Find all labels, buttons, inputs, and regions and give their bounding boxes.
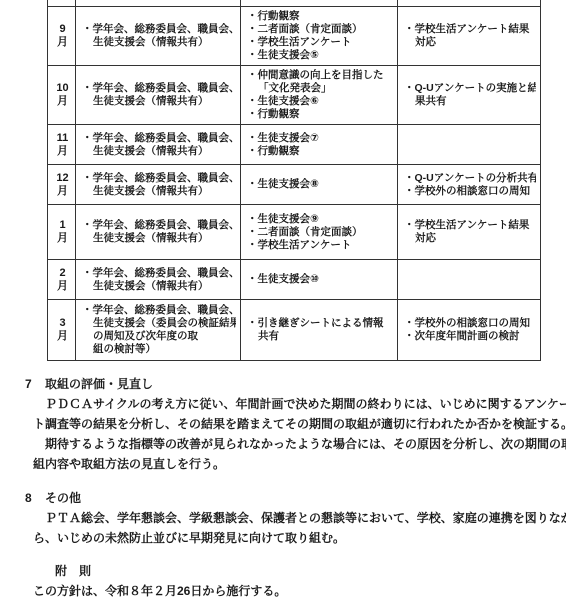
- month-number: 9: [54, 23, 71, 36]
- activities-cell: ・仲間意識の向上を目指した「文化発表会」・生徒支援会⑥・行動観察: [241, 66, 398, 125]
- cell-line: ・学年会、総務委員会、職員会、: [82, 172, 236, 185]
- cell-line: 生徒支援会（委員会の検証結果: [82, 317, 236, 330]
- cell-line: ・生徒支援会⑥: [247, 95, 393, 108]
- month-cell: 10月: [48, 66, 76, 125]
- responses-cell: ・学校外の相談窓口の周知・次年度年間計画の検討: [398, 300, 541, 361]
- month-number: 2: [54, 267, 71, 280]
- month-unit: 月: [54, 330, 71, 343]
- responses-cell: ・Q-Uアンケートの実施と結果共有: [398, 66, 541, 125]
- month-number: 10: [54, 82, 71, 95]
- cell-line: 対応: [404, 36, 536, 49]
- month-cell: 1月: [48, 205, 76, 260]
- responses-cell: [398, 260, 541, 300]
- activities-cell: ・生徒支援会⑨・二者面談（肯定面談）・学校生活アンケート: [241, 205, 398, 260]
- organizations-cell: ・学年会、総務委員会、職員会、生徒支援会（情報共有）: [76, 7, 241, 66]
- cell-line: の周知及び次年度の取: [82, 330, 236, 343]
- table-row: 2月・学年会、総務委員会、職員会、生徒支援会（情報共有）・生徒支援会⑩: [48, 260, 541, 300]
- cell-line: 生徒支援会（情報共有）: [82, 232, 236, 245]
- month-number: 11: [54, 132, 71, 145]
- section-number: 8: [25, 488, 45, 508]
- table-row: 9月・学年会、総務委員会、職員会、生徒支援会（情報共有）・行動観察・二者面談（肯…: [48, 7, 541, 66]
- month-cell: 2月: [48, 260, 76, 300]
- cell-line: ・Q-Uアンケートの分析共有: [404, 172, 536, 185]
- cell-line: ・学校外の相談窓口の周知: [404, 317, 536, 330]
- month-number: 12: [54, 172, 71, 185]
- month-unit: 月: [54, 232, 71, 245]
- cell-line: ・学校外の相談窓口の周知: [404, 185, 536, 198]
- responses-cell: [398, 125, 541, 165]
- paragraph-line: ト調査等の結果を分析し、その結果を踏まえてその期間の取組が適切に行われたか否かを…: [33, 414, 566, 434]
- cell-line: ・二者面談（肯定面談）: [247, 23, 393, 36]
- responses-cell: ・Q-Uアンケートの分析共有・学校外の相談窓口の周知: [398, 165, 541, 205]
- annual-schedule-table: 9月・学年会、総務委員会、職員会、生徒支援会（情報共有）・行動観察・二者面談（肯…: [47, 0, 541, 361]
- cell-line: ・次年度年間計画の検討: [404, 330, 536, 343]
- table-row: 10月・学年会、総務委員会、職員会、生徒支援会（情報共有）・仲間意識の向上を目指…: [48, 66, 541, 125]
- month-cell: 11月: [48, 125, 76, 165]
- cell-line: 生徒支援会（情報共有）: [82, 280, 236, 293]
- cell-line: ・行動観察: [247, 145, 393, 158]
- month-unit: 月: [54, 280, 71, 293]
- attached-rules-heading: 附 則: [55, 561, 566, 581]
- responses-cell: ・学校生活アンケート結果対応: [398, 205, 541, 260]
- document-body: 7取組の評価・見直しＰＤＣＡサイクルの考え方に従い、年間計画で決めた期間の終わり…: [0, 374, 566, 601]
- section-title: その他: [45, 491, 81, 505]
- cell-line: ・学年会、総務委員会、職員会、: [82, 304, 236, 317]
- cell-line: 共有: [247, 330, 393, 343]
- month-unit: 月: [54, 36, 71, 49]
- cell-line: ・学年会、総務委員会、職員会、: [82, 82, 236, 95]
- month-cell: 3月: [48, 300, 76, 361]
- cell-line: ・Q-Uアンケートの実施と結: [404, 82, 536, 95]
- activities-cell: ・引き継ぎシートによる情報共有: [241, 300, 398, 361]
- activities-cell: ・行動観察・二者面談（肯定面談）・学校生活アンケート・生徒支援会⑤: [241, 7, 398, 66]
- section-number: 7: [25, 374, 45, 394]
- cell-line: ・学年会、総務委員会、職員会、: [82, 132, 236, 145]
- paragraph-line: ＰＴＡ総会、学年懇談会、学級懇談会、保護者との懇談等において、学校、家庭の連携を…: [33, 508, 566, 528]
- cell-line: 対応: [404, 232, 536, 245]
- cell-line: ・生徒支援会⑦: [247, 132, 393, 145]
- table-row: 3月・学年会、総務委員会、職員会、生徒支援会（委員会の検証結果の周知及び次年度の…: [48, 300, 541, 361]
- organizations-cell: ・学年会、総務委員会、職員会、生徒支援会（情報共有）: [76, 205, 241, 260]
- paragraph-line: ら、いじめの未然防止並びに早期発見に向けて取り組む。: [33, 528, 566, 548]
- paragraph-line: 期待するような指標等の改善が見られなかったような場合には、その原因を分析し、次の…: [33, 434, 566, 454]
- month-number: 1: [54, 219, 71, 232]
- cell-line: ・生徒支援会⑧: [247, 178, 393, 191]
- cell-line: ・引き継ぎシートによる情報: [247, 317, 393, 330]
- activities-cell: ・生徒支援会⑧: [241, 165, 398, 205]
- organizations-cell: ・学年会、総務委員会、職員会、生徒支援会（情報共有）: [76, 66, 241, 125]
- cell-line: 生徒支援会（情報共有）: [82, 185, 236, 198]
- table-row: 11月・学年会、総務委員会、職員会、生徒支援会（情報共有）・生徒支援会⑦・行動観…: [48, 125, 541, 165]
- organizations-cell: ・学年会、総務委員会、職員会、生徒支援会（委員会の検証結果の周知及び次年度の取組…: [76, 300, 241, 361]
- section-heading: 8その他: [25, 488, 566, 508]
- paragraph-line: ＰＤＣＡサイクルの考え方に従い、年間計画で決めた期間の終わりには、いじめに関する…: [33, 394, 566, 414]
- month-unit: 月: [54, 185, 71, 198]
- annual-schedule-table-body: 9月・学年会、総務委員会、職員会、生徒支援会（情報共有）・行動観察・二者面談（肯…: [48, 0, 541, 361]
- cell-line: ・生徒支援会⑩: [247, 273, 393, 286]
- cell-line: ・学校生活アンケート: [247, 239, 393, 252]
- cell-line: ・二者面談（肯定面談）: [247, 226, 393, 239]
- cell-line: ・学年会、総務委員会、職員会、: [82, 23, 236, 36]
- paragraph-line: 組内容や取組方法の見直しを行う。: [33, 454, 566, 474]
- cell-line: ・行動観察: [247, 108, 393, 121]
- cell-line: 生徒支援会（情報共有）: [82, 145, 236, 158]
- month-cell: 12月: [48, 165, 76, 205]
- organizations-cell: ・学年会、総務委員会、職員会、生徒支援会（情報共有）: [76, 125, 241, 165]
- cell-line: 「文化発表会」: [247, 82, 393, 95]
- cell-line: 生徒支援会（情報共有）: [82, 95, 236, 108]
- cell-line: ・学校生活アンケート結果: [404, 23, 536, 36]
- table-row: 12月・学年会、総務委員会、職員会、生徒支援会（情報共有）・生徒支援会⑧・Q-U…: [48, 165, 541, 205]
- document-page: 9月・学年会、総務委員会、職員会、生徒支援会（情報共有）・行動観察・二者面談（肯…: [0, 0, 566, 604]
- cell-line: ・学校生活アンケート: [247, 36, 393, 49]
- cell-line: 生徒支援会（情報共有）: [82, 36, 236, 49]
- responses-cell: ・学校生活アンケート結果対応: [398, 7, 541, 66]
- paragraph-line: この方針は、令和８年２月26日から施行する。: [33, 581, 566, 601]
- cell-line: 組の検討等）: [82, 343, 236, 356]
- cell-line: ・学年会、総務委員会、職員会、: [82, 267, 236, 280]
- cell-line: ・行動観察: [247, 10, 393, 23]
- activities-cell: ・生徒支援会⑦・行動観察: [241, 125, 398, 165]
- cell-line: ・生徒支援会⑤: [247, 49, 393, 62]
- month-unit: 月: [54, 95, 71, 108]
- organizations-cell: ・学年会、総務委員会、職員会、生徒支援会（情報共有）: [76, 260, 241, 300]
- table-row: 1月・学年会、総務委員会、職員会、生徒支援会（情報共有）・生徒支援会⑨・二者面談…: [48, 205, 541, 260]
- cell-line: 果共有: [404, 95, 536, 108]
- month-cell: 9月: [48, 7, 76, 66]
- month-number: 3: [54, 317, 71, 330]
- section-title: 取組の評価・見直し: [45, 377, 153, 391]
- cell-line: ・仲間意識の向上を目指した: [247, 69, 393, 82]
- cell-line: ・生徒支援会⑨: [247, 213, 393, 226]
- activities-cell: ・生徒支援会⑩: [241, 260, 398, 300]
- organizations-cell: ・学年会、総務委員会、職員会、生徒支援会（情報共有）: [76, 165, 241, 205]
- section-heading: 7取組の評価・見直し: [25, 374, 566, 394]
- month-unit: 月: [54, 145, 71, 158]
- cell-line: ・学年会、総務委員会、職員会、: [82, 219, 236, 232]
- cell-line: ・学校生活アンケート結果: [404, 219, 536, 232]
